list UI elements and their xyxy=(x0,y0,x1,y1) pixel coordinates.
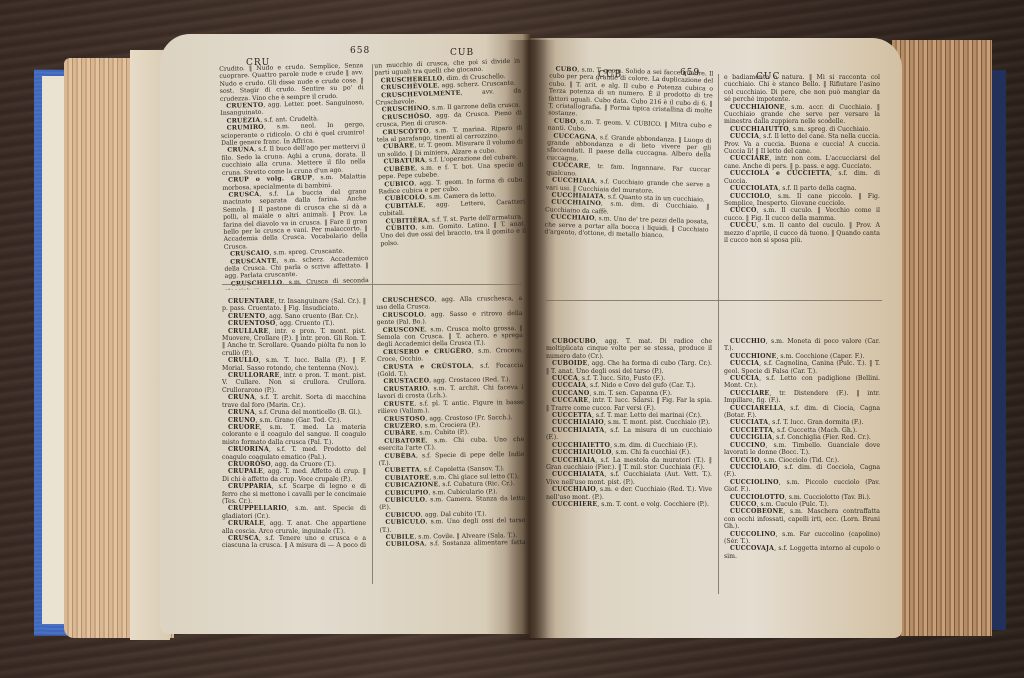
dictionary-entry: CRUNA, s.f. T. archit. Sorta di macchina… xyxy=(222,394,366,409)
entry-headword: CUBETTA xyxy=(385,467,420,474)
dictionary-entry: CUCCIOLAIO, s.f. dim. di Cocciola, Cagna… xyxy=(724,464,880,479)
entry-definition: s.m. Cucciolotto (Tav. Bi.). xyxy=(789,494,871,501)
dictionary-entry: CUCCIA, s.f. Cagnolina, Canina (Pulc. T.… xyxy=(724,360,880,375)
entry-headword: CUCCO xyxy=(730,207,757,214)
entry-headword: CRUNA xyxy=(228,409,255,416)
dictionary-entry: CUBOCUBO, agg. T. mat. Di radice che mol… xyxy=(546,338,712,360)
dictionary-entry: CRUENTARE, tr. Insanguinare (Sal. Cr.). … xyxy=(222,298,366,313)
dictionary-entry: CRUPPELLARIO, s.m. ant. Specie di gladia… xyxy=(222,505,366,520)
dictionary-entry: CUCCIO, s.m. Ciocciolo (Tid. Cr.). xyxy=(724,457,880,464)
dictionary-entry: CUCCANO, s.m. T. sen. Capanna (F.). xyxy=(546,390,712,397)
dictionary-entry: CUCCO, s.m. Cuculo (Pulc. T.). xyxy=(724,501,880,508)
entry-definition: s.m. Cuculo (Pulc. T.). xyxy=(761,501,829,508)
entry-definition: s.m. dim. di Cucchiaio (F.). xyxy=(614,442,698,449)
entry-headword: CRUNO xyxy=(228,417,256,424)
entry-headword: CUCCO xyxy=(730,501,757,508)
dictionary-entry: CUCCINO, s.m. Timbello. Guanciale dove l… xyxy=(724,442,880,457)
entry-headword: CUBIATORE xyxy=(385,474,430,482)
page-edges-right xyxy=(892,40,992,636)
entry-definition: s.f. Conchiglia (Fier. Red. Cr.). xyxy=(776,434,871,441)
entry-headword: CUBÌCULO xyxy=(385,496,425,504)
dictionary-entry: Crudito. ‖ Nudo e crudo. Semplice, Senza… xyxy=(219,62,364,103)
entry-headword: CUCCHIAIA xyxy=(552,457,595,464)
entry-headword: CUBILE xyxy=(386,534,415,541)
entry-headword: CUCCHIERE xyxy=(552,501,597,508)
column-top-2: e badiamento a natura. ‖ Mi si racconta … xyxy=(724,74,880,298)
dictionary-entry: CUCCOLINO, s.m. Far cuccolino (capolino)… xyxy=(724,531,880,546)
entry-headword: CUCCINO xyxy=(730,442,766,449)
entry-headword: CUBICUPIO xyxy=(385,489,429,497)
dictionary-entry: CUCCHIO, s.m. Moneta di poco valore (Car… xyxy=(724,338,880,353)
entry-definition: e badiamento a natura. ‖ Mi si racconta … xyxy=(724,74,880,103)
entry-headword: CUBATORE xyxy=(384,437,426,445)
dictionary-entry: CUCCARE, intr. T. lucc. Sdarsi. ‖ Fig. F… xyxy=(546,397,712,412)
dictionary-entry: CUCCIA, s.f. Il letto del cane. Sta nell… xyxy=(724,133,880,155)
dictionary-entry: CUCCIARE, tr. Distendere (F.). ‖ intr. I… xyxy=(724,390,880,405)
entry-headword: CRUSTACEO xyxy=(383,378,429,386)
page-number: 658 xyxy=(350,46,370,56)
dictionary-entry: CUCCIOLINO, s.m. Piccolo cucciolo (Pav. … xyxy=(724,479,880,494)
entry-headword: CUCCIARE xyxy=(730,390,769,397)
dictionary-entry: CUCCIOLO, s.m. Il cane piccolo. ‖ Fig. S… xyxy=(724,193,880,208)
dictionary-entry: CRULLARE, intr. e pron. T. mont. pist. M… xyxy=(222,328,366,358)
entry-headword: CRUSERO e CRUGÈRO xyxy=(383,348,471,356)
entry-headword: CUCCHIAIETTO xyxy=(552,442,610,449)
dictionary-entry: CRUSCA, s.f. Tenere uno e crusca e a cia… xyxy=(222,535,366,548)
entry-headword: CUBOIDE xyxy=(552,360,587,367)
dictionary-entry: CUCCETTA, s.f. T. mar. Letto dei marinai… xyxy=(546,412,712,419)
dictionary-entry: CUBILOSA, s.f. Sostanza alimentare fatta… xyxy=(380,539,526,547)
entry-headword: CRUSTOSO xyxy=(384,415,425,423)
entry-definition: s.m. Crociera (P.). xyxy=(425,421,481,429)
entry-definition: s.m. Ciocciolo (Tid. Cr.). xyxy=(764,457,839,464)
dictionary-entry: CUCCIETTA, s.f. Cuccetta (Mach. Gh.). xyxy=(724,427,880,434)
entry-definition: agg. Sano cruento (Bar. Cr.). xyxy=(269,313,359,320)
dictionary-entry: CRURALE, agg. T. anat. Che appartiene al… xyxy=(222,520,366,535)
entry-headword: CUCCHIAIO xyxy=(552,486,596,493)
entry-headword: CUBÈBA xyxy=(384,452,416,459)
dictionary-entry: CUCCIARELLA, s.f. dim. di Ciocia, Cagna … xyxy=(724,405,880,420)
entry-headword: CUCCHIAIAIO xyxy=(552,419,604,426)
entry-headword: CUCCIETTA xyxy=(730,427,773,434)
entry-headword: CUCCIA xyxy=(730,360,759,367)
column-bottom-2: CUCCHIO, s.m. Moneta di poco valore (Car… xyxy=(724,338,880,558)
dictionary-entry: CUCCA, s.f. T. lucc. Sito, Fusto (F.). xyxy=(546,375,712,382)
entry-definition: s.m. T. cont. e volg. Cocchiere (P.). xyxy=(601,501,709,508)
entry-headword: CUCCIOLATA xyxy=(730,185,778,192)
entry-headword: CUCCIOLOTTO xyxy=(730,494,785,501)
entry-headword: CUCCETTA xyxy=(552,412,592,419)
entry-headword: CUCCHIAIATA xyxy=(552,427,604,434)
entry-headword: CRUPPELLARIO xyxy=(228,505,287,512)
column-top-1: CUBO, s.m. T. geom. Solido a sei facce q… xyxy=(542,65,713,298)
dictionary-entry: CRUNO, s.m. Grano (Gar. Tod. Cr.). xyxy=(222,417,366,424)
entry-headword: CUCCIA xyxy=(730,375,759,382)
entry-headword: CRUSTARIO xyxy=(384,385,428,393)
dictionary-entry: CRUSCA, s.f. La buccia del grano macinat… xyxy=(222,188,368,251)
entry-headword: CUCCARE xyxy=(552,397,588,404)
entry-headword: CUCCIOLA e CUCCIETTA xyxy=(730,170,830,177)
column-bottom-1: CUBOCUBO, agg. T. mat. Di radice che mol… xyxy=(546,338,712,558)
entry-headword: CUCCU xyxy=(730,222,757,229)
dictionary-entry: CRUNA, s.f. Cruna del monticello (B. Gl.… xyxy=(222,409,366,416)
column-top-1: Crudito. ‖ Nudo e crudo. Semplice, Senza… xyxy=(219,62,369,290)
entry-headword: CRUSCA xyxy=(228,535,259,542)
dictionary-entry: CUCCHIAIO, s.m. e der. Cucchiaio (Red. T… xyxy=(546,486,712,501)
entry-headword: CRURALE xyxy=(228,520,264,527)
dictionary-entry: CUCCHIAIO, s.m. Uno de' tre pezzi della … xyxy=(544,214,709,241)
entry-definition: s.f. T. mar. Letto dei marinai (Cr.). xyxy=(596,412,702,419)
entry-headword: CRUPPARIA xyxy=(228,483,272,490)
entry-definition: s.f. T. lucc. Sito, Fusto (F.). xyxy=(582,375,665,382)
dictionary-entry: CRUORINA, s.f. T. med. Prodotto del coag… xyxy=(222,446,366,461)
entry-headword: CUCCIGLIA xyxy=(730,434,772,441)
section-rule xyxy=(222,284,522,285)
entry-definition: s.m. Chi fa cucchiai (F.). xyxy=(615,449,691,456)
header-guide-word-right: CUB xyxy=(450,48,474,58)
entry-definition: s.m. Grano (Gar. Tod. Cr.). xyxy=(259,417,341,424)
entry-headword: CUCCHIAIATA xyxy=(552,471,604,478)
entry-headword: CUCCHIONE xyxy=(730,353,776,360)
entry-headword: CUCCOLINO xyxy=(730,531,776,538)
entry-definition: agg. Crostoso (Fr. Sacch.). xyxy=(429,414,512,422)
entry-headword: CUCCAIA xyxy=(552,382,586,389)
entry-definition: s.m. T. geom. Solido a sei facce quadre.… xyxy=(548,66,714,117)
entry-headword: CUCCIARELLA xyxy=(730,405,783,412)
entry-definition: s.m. T. mont. pist. Cucchiaio (P.). xyxy=(608,419,710,426)
entry-definition: s.m. spreg. di Cucchiaio. xyxy=(793,126,870,133)
entry-definition: agg. da Cruore (T.). xyxy=(275,461,336,468)
entry-headword: CUBÀRE xyxy=(384,430,416,437)
dictionary-entry: CUCCIGLIA, s.f. Conchiglia (Fier. Red. C… xyxy=(724,434,880,441)
book-gutter xyxy=(506,40,556,640)
entry-definition: agg. Cruento (T.). xyxy=(279,320,334,327)
dictionary-entry: CUCCHIAIATA, s.f. Cucchiaiata (Aut. Vett… xyxy=(546,471,712,486)
dictionary-entry: CRUPALE, agg. T. med. Affetto di crup. ‖… xyxy=(222,468,366,483)
dictionary-entry: CUCCAIA, s.f. Nido e Covo del gufo (Car.… xyxy=(546,382,712,389)
entry-headword: CUCCOVAJA xyxy=(730,545,774,552)
entry-headword: CRUPALE xyxy=(228,468,263,475)
entry-definition: Crudito. ‖ Nudo e crudo. Semplice, Senza… xyxy=(219,62,364,102)
entry-headword: CRUENTOSO xyxy=(228,320,276,327)
column-top-2: un mucchio di crusca, che poi si divide … xyxy=(374,58,528,291)
dictionary-entry: CUCCU, s.m. Il canto del cuculo. ‖ Prov.… xyxy=(724,222,880,244)
entry-definition: s.m. Cocchione (Caper. F.). xyxy=(780,353,864,360)
entry-headword: CUBILOSA xyxy=(386,541,425,547)
entry-definition: s.f. T. lucc. Gran dormita (F.). xyxy=(772,419,863,426)
dictionary-entry: CUCCOVAJA, s.f. Loggetta intorno al cupo… xyxy=(724,545,880,558)
entry-headword: CUCCOBEONE xyxy=(730,508,783,515)
entry-headword: CRUNA xyxy=(228,394,255,401)
dictionary-entry: CÙBITO, s.m. Gomito. Latino. ‖ T. anat. … xyxy=(380,220,527,247)
entry-headword: CUCCIA xyxy=(730,133,759,140)
entry-headword: CUCCIO xyxy=(730,457,760,464)
dictionary-entry: CRUPPARIA, s.f. Scarpe di legno e di fer… xyxy=(222,483,366,505)
dictionary-entry: CUCCIARE, intr. non com. L'accucciarsi d… xyxy=(724,155,880,170)
dictionary-entry: CUCCIOLA e CUCCIETTA, s.f. dim. di Cucci… xyxy=(724,170,880,185)
dictionary-entry: CRUNA, s.f. Il buco dell'ago per metterv… xyxy=(221,144,366,177)
dictionary-entry: CRULLORARE, intr. e pron. T. mont. pist.… xyxy=(222,372,366,394)
right-page: CUB 659 CUC CUBO, s.m. T. geom. Solido a… xyxy=(530,38,902,638)
dictionary-entry: CUCCHIAIA, s.f. La mestola da muratori (… xyxy=(546,457,712,472)
dictionary-entry: CRUENTOSO, agg. Cruento (T.). xyxy=(222,320,366,327)
dictionary-entry: CUCCHIAIATA, s.f. La misura di un cucchi… xyxy=(546,427,712,442)
entry-headword: CUCCIARE xyxy=(730,155,769,162)
entry-headword: CRUSCOLO xyxy=(382,311,424,319)
book-cover-right xyxy=(990,70,1006,630)
entry-headword: CRUSTA e CRÙSTOLA xyxy=(383,362,472,370)
dictionary-entry: CUCCOBEONE, s.m. Maschera contraffatta c… xyxy=(724,508,880,530)
dictionary-entry: CUCCIATA, s.f. T. lucc. Gran dormita (F.… xyxy=(724,419,880,426)
dictionary-entry: CUCCHIAIUOLO, s.m. Chi fa cucchiai (F.). xyxy=(546,449,712,456)
dictionary-entry: e badiamento a natura. ‖ Mi si racconta … xyxy=(724,74,880,104)
entry-headword: CUCCIOLINO xyxy=(730,479,779,486)
dictionary-entry: CUCCIA, s.f. Letto con padiglione (Belli… xyxy=(724,375,880,390)
entry-headword: CUBICAZIONE xyxy=(385,481,439,489)
entry-headword: CRULLORARE xyxy=(228,372,279,379)
dictionary-entry: CRUENTO, agg. Sano cruento (Bar. Cr.). xyxy=(222,313,366,320)
column-bottom-2: CRUSCHESCO, agg. Alla cruschesca, a uso … xyxy=(376,295,525,547)
dictionary-entry: CUBO, s.m. T. geom. Solido a sei facce q… xyxy=(548,65,714,122)
dictionary-entry: CUCCO, s.m. Il cuculo. ‖ Vecchio come il… xyxy=(724,207,880,222)
entry-headword: CRUSTE xyxy=(384,400,415,407)
dictionary-entry: CUCCHIONE, s.m. Cocchione (Caper. F.). xyxy=(724,353,880,360)
entry-headword: CUCCHIAIONE xyxy=(730,104,785,111)
entry-definition: s.f. Il parto della cagna. xyxy=(782,185,856,192)
entry-headword: CUBOCUBO xyxy=(552,338,596,345)
dictionary-entry: CUCCIOLATA, s.f. Il parto della cagna. xyxy=(724,185,880,192)
entry-headword: CUCCHIAIUOLO xyxy=(552,449,612,456)
entry-definition: s.f. Cubatura (Ric. Cr.). xyxy=(442,480,515,488)
entry-headword: CUCCHIAIUTTO xyxy=(730,126,789,133)
entry-definition: s.f. Cruna del monticello (B. Gl.). xyxy=(259,409,362,416)
entry-headword: CUCCANO xyxy=(552,390,589,397)
dictionary-entry: CRUSCONE, s.m. Crusca molto grossa. ‖ Se… xyxy=(377,325,523,349)
entry-definition: s.f. Cuccetta (Mach. Gh.). xyxy=(777,427,857,434)
section-rule xyxy=(546,300,882,301)
entry-headword: CRUORÒSO xyxy=(228,461,271,468)
column-bottom-1: CRUENTARE, tr. Insanguinare (Sal. Cr.). … xyxy=(222,298,366,548)
dictionary-entry: CUBOIDE, agg. Che ha forma di cubo (Targ… xyxy=(546,360,712,375)
dictionary-entry: CUCCIOLOTTO, s.m. Cucciolotto (Tav. Bi.)… xyxy=(724,494,880,501)
entry-headword: CUCCIATA xyxy=(730,419,768,426)
entry-headword: CUCCIOLO xyxy=(730,193,770,200)
entry-headword: CUBÌCULO xyxy=(385,519,425,527)
entry-headword: CRULLO xyxy=(228,357,259,364)
dictionary-entry: CUCCHIERE, s.m. T. cont. e volg. Cocchie… xyxy=(546,501,712,508)
column-divider xyxy=(718,74,719,594)
dictionary-entry: CUCCHIAIAIO, s.m. T. mont. pist. Cucchia… xyxy=(546,419,712,426)
dictionary-entry: CUCCHIAIONE, s.m. accr. di Cucchiaio. ‖ … xyxy=(724,104,880,126)
entry-headword: CUCCIOLAIO xyxy=(730,464,778,471)
column-divider xyxy=(372,64,373,584)
dictionary-entry: CUCCHIAIUTTO, s.m. spreg. di Cucchiaio. xyxy=(724,126,880,133)
entry-headword: CRUSCONE xyxy=(383,326,425,334)
dictionary-entry: CRUORE, s.m. T. med. La materia colorant… xyxy=(222,424,366,446)
entry-headword: CRUZÈRO xyxy=(384,422,421,430)
entry-headword: CUCCHIO xyxy=(730,338,766,345)
entry-headword: CRUENTARE xyxy=(228,298,275,305)
dictionary-entry: CUCCHIAIETTO, s.m. dim. di Cucchiaio (F.… xyxy=(546,442,712,449)
entry-definition: s.m. T. sen. Capanna (F.). xyxy=(593,390,672,397)
entry-headword: CRUSCHEVOLMENTE xyxy=(381,89,461,99)
entry-headword: CRULLARE xyxy=(228,328,268,335)
entry-headword: CRUORE xyxy=(228,424,260,431)
entry-definition: s.f. Nido e Covo del gufo (Car. T.). xyxy=(590,382,696,389)
dictionary-entry: CRUORÒSO, agg. da Cruore (T.). xyxy=(222,461,366,468)
dictionary-entry: CRULLO, s.m. T. lucc. Balla (P.). ‖ F. M… xyxy=(222,357,366,372)
entry-headword: CRUORINA xyxy=(228,446,269,453)
entry-headword: CRUENTO xyxy=(228,313,265,320)
left-page: CRU 658 CUB Crudito. ‖ Nudo e crudo. Sem… xyxy=(160,34,530,634)
